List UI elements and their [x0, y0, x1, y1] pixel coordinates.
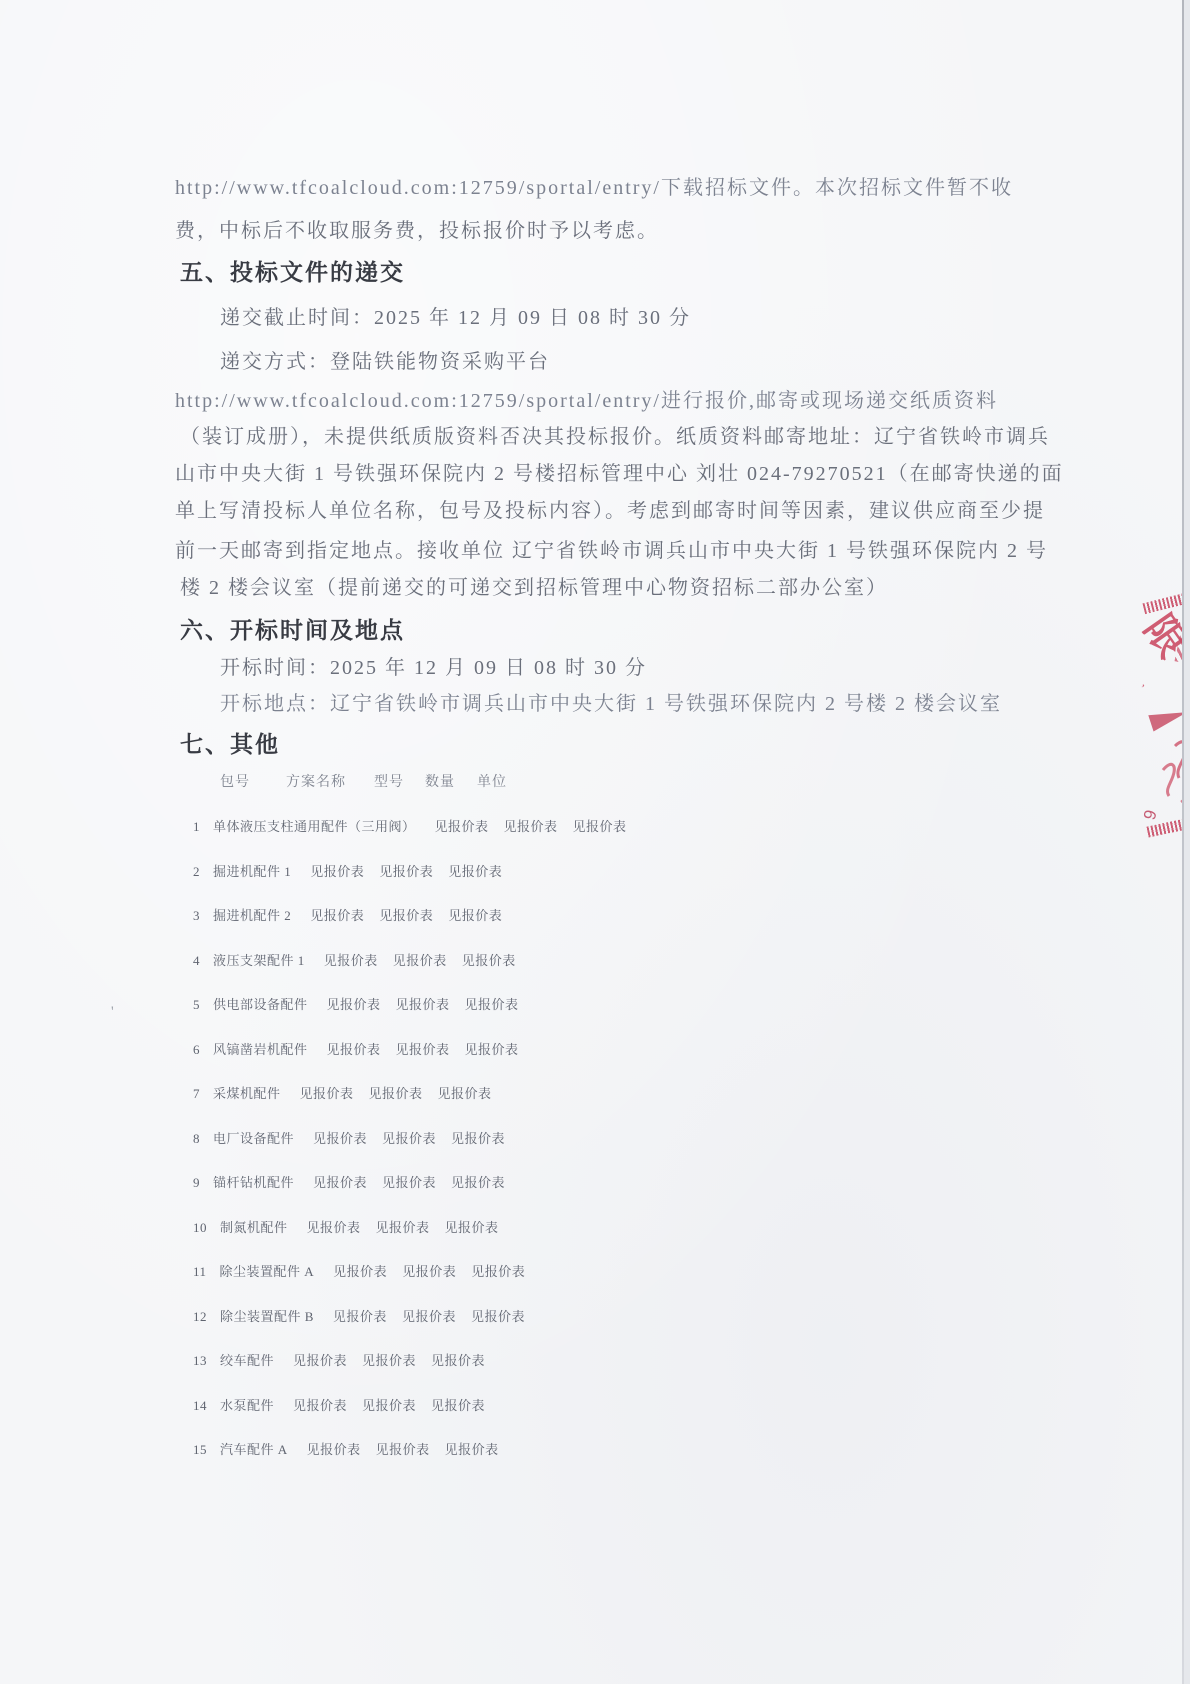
- submission-body-line: http://www.tfcoalcloud.com:12759/sportal…: [175, 388, 998, 414]
- submission-body-line: 楼 2 楼会议室（提前递交的可递交到招标管理中心物资招标二部办公室）: [180, 575, 888, 601]
- row-no: 10: [193, 1220, 207, 1236]
- table-row: 11除尘装置配件 A见报价表见报价表见报价表: [193, 1261, 525, 1280]
- scanned-document-page: http://www.tfcoalcloud.com:12759/sportal…: [0, 0, 1190, 1684]
- row-unit: 见报价表: [431, 1398, 485, 1413]
- row-qty: 见报价表: [362, 1398, 416, 1413]
- row-no: 15: [193, 1442, 207, 1458]
- row-name: 掘进机配件 1: [213, 864, 291, 879]
- row-qty: 见报价表: [369, 1086, 423, 1101]
- row-model: 见报价表: [435, 819, 489, 834]
- column-header-plan-name: 方案名称: [286, 775, 346, 790]
- row-no: 13: [193, 1353, 207, 1369]
- table-row: 2掘进机配件 1见报价表见报价表见报价表: [193, 861, 502, 880]
- row-name: 锚杆钻机配件: [213, 1175, 294, 1190]
- row-no: 4: [193, 953, 200, 969]
- row-model: 见报价表: [327, 997, 381, 1012]
- row-name: 单体液压支柱通用配件（三用阀）: [213, 819, 416, 834]
- row-qty: 见报价表: [396, 997, 450, 1012]
- row-model: 见报价表: [307, 1442, 361, 1457]
- row-name: 液压支架配件 1: [213, 953, 305, 968]
- row-name: 采煤机配件: [213, 1086, 281, 1101]
- row-name: 掘进机配件 2: [213, 908, 291, 923]
- row-unit: 见报价表: [451, 1175, 505, 1190]
- row-qty: 见报价表: [402, 1264, 456, 1279]
- table-row: 9锚杆钻机配件见报价表见报价表见报价表: [193, 1172, 505, 1191]
- submission-method-line: 递交方式：登陆铁能物资采购平台: [220, 349, 550, 375]
- row-unit: 见报价表: [465, 1042, 519, 1057]
- row-qty: 见报价表: [379, 908, 433, 923]
- section-7-heading: 七、其他: [180, 729, 280, 759]
- row-unit: 见报价表: [471, 1309, 525, 1324]
- row-name: 除尘装置配件 B: [220, 1309, 314, 1324]
- intro-line-1: http://www.tfcoalcloud.com:12759/sportal…: [175, 175, 1013, 201]
- row-no: 9: [193, 1175, 200, 1191]
- row-unit: 见报价表: [445, 1442, 499, 1457]
- row-unit: 见报价表: [438, 1086, 492, 1101]
- row-qty: 见报价表: [393, 953, 447, 968]
- table-row: 14水泵配件见报价表见报价表见报价表: [193, 1395, 485, 1414]
- row-unit: 见报价表: [573, 819, 627, 834]
- row-qty: 见报价表: [382, 1175, 436, 1190]
- stray-pen-mark: ': [111, 1004, 114, 1021]
- row-name: 供电部设备配件: [213, 997, 308, 1012]
- opening-place-line: 开标地点：辽宁省铁岭市调兵山市中央大街 1 号铁强环保院内 2 号楼 2 楼会议…: [220, 691, 1002, 717]
- row-no: 11: [193, 1264, 207, 1280]
- row-model: 见报价表: [333, 1309, 387, 1324]
- row-name: 电厂设备配件: [213, 1131, 294, 1146]
- row-no: 6: [193, 1042, 200, 1058]
- row-name: 制氮机配件: [220, 1220, 288, 1235]
- opening-time-line: 开标时间：2025 年 12 月 09 日 08 时 30 分: [220, 655, 647, 681]
- row-qty: 见报价表: [376, 1220, 430, 1235]
- column-header-quantity: 数量: [425, 775, 455, 790]
- row-unit: 见报价表: [451, 1131, 505, 1146]
- row-name: 绞车配件: [220, 1353, 274, 1368]
- row-unit: 见报价表: [462, 953, 516, 968]
- row-qty: 见报价表: [396, 1042, 450, 1057]
- row-model: 见报价表: [310, 908, 364, 923]
- intro-line-2: 费，中标后不收取服务费，投标报价时予以考虑。: [175, 218, 659, 244]
- submission-body-line: （装订成册），未提供纸质版资料否决其投标报价。纸质资料邮寄地址：辽宁省铁岭市调兵: [180, 424, 1050, 450]
- row-qty: 见报价表: [504, 819, 558, 834]
- table-row: 8电厂设备配件见报价表见报价表见报价表: [193, 1128, 505, 1147]
- row-no: 3: [193, 908, 200, 924]
- red-stamp-tick-mark: ,: [1141, 675, 1149, 690]
- row-model: 见报价表: [313, 1131, 367, 1146]
- table-row: 7采煤机配件见报价表见报价表见报价表: [193, 1083, 492, 1102]
- row-no: 14: [193, 1398, 207, 1414]
- row-model: 见报价表: [307, 1220, 361, 1235]
- row-no: 1: [193, 819, 200, 835]
- column-header-unit: 单位: [477, 775, 507, 790]
- row-model: 见报价表: [293, 1353, 347, 1368]
- scan-edge-band: [1184, 0, 1190, 1684]
- table-row: 4液压支架配件 1见报价表见报价表见报价表: [193, 950, 516, 969]
- row-unit: 见报价表: [431, 1353, 485, 1368]
- row-name: 汽车配件 A: [220, 1442, 288, 1457]
- row-unit: 见报价表: [445, 1220, 499, 1235]
- row-unit: 见报价表: [448, 908, 502, 923]
- column-header-package-no: 包号: [220, 775, 250, 790]
- table-row: 15汽车配件 A见报价表见报价表见报价表: [193, 1439, 499, 1458]
- table-row: 10制氮机配件见报价表见报价表见报价表: [193, 1217, 499, 1236]
- row-no: 7: [193, 1086, 200, 1102]
- row-qty: 见报价表: [402, 1309, 456, 1324]
- row-no: 12: [193, 1309, 207, 1325]
- submission-deadline-line: 递交截止时间：2025 年 12 月 09 日 08 时 30 分: [220, 305, 691, 331]
- row-model: 见报价表: [333, 1264, 387, 1279]
- row-unit: 见报价表: [465, 997, 519, 1012]
- submission-body-line: 前一天邮寄到指定地点。接收单位 辽宁省铁岭市调兵山市中央大街 1 号铁强环保院内…: [175, 538, 1048, 564]
- row-no: 2: [193, 864, 200, 880]
- section-6-heading: 六、开标时间及地点: [180, 615, 405, 645]
- row-qty: 见报价表: [362, 1353, 416, 1368]
- table-row: 5供电部设备配件见报价表见报价表见报价表: [193, 994, 519, 1013]
- row-qty: 见报价表: [379, 864, 433, 879]
- row-model: 见报价表: [313, 1175, 367, 1190]
- row-model: 见报价表: [300, 1086, 354, 1101]
- row-model: 见报价表: [327, 1042, 381, 1057]
- row-name: 风镐凿岩机配件: [213, 1042, 308, 1057]
- row-unit: 见报价表: [471, 1264, 525, 1279]
- row-name: 水泵配件: [220, 1398, 274, 1413]
- row-model: 见报价表: [293, 1398, 347, 1413]
- row-model: 见报价表: [324, 953, 378, 968]
- row-model: 见报价表: [310, 864, 364, 879]
- table-row: 13绞车配件见报价表见报价表见报价表: [193, 1350, 485, 1369]
- table-row: 6风镐凿岩机配件见报价表见报价表见报价表: [193, 1039, 519, 1058]
- row-name: 除尘装置配件 A: [220, 1264, 315, 1279]
- submission-body-line: 单上写清投标人单位名称，包号及投标内容）。考虑到邮寄时间等因素，建议供应商至少提: [175, 498, 1045, 524]
- row-unit: 见报价表: [448, 864, 502, 879]
- package-table-header: 包号方案名称型号数量单位: [220, 771, 507, 791]
- table-row: 12除尘装置配件 B见报价表见报价表见报价表: [193, 1306, 525, 1325]
- row-no: 8: [193, 1131, 200, 1147]
- table-row: 3掘进机配件 2见报价表见报价表见报价表: [193, 905, 502, 924]
- column-header-model: 型号: [374, 775, 404, 790]
- row-no: 5: [193, 997, 200, 1013]
- row-qty: 见报价表: [382, 1131, 436, 1146]
- row-qty: 见报价表: [376, 1442, 430, 1457]
- section-5-heading: 五、投标文件的递交: [180, 257, 405, 287]
- submission-body-line: 山市中央大街 1 号铁强环保院内 2 号楼招标管理中心 刘壮 024-79270…: [175, 461, 1064, 487]
- table-row: 1单体液压支柱通用配件（三用阀）见报价表见报价表见报价表: [193, 816, 627, 835]
